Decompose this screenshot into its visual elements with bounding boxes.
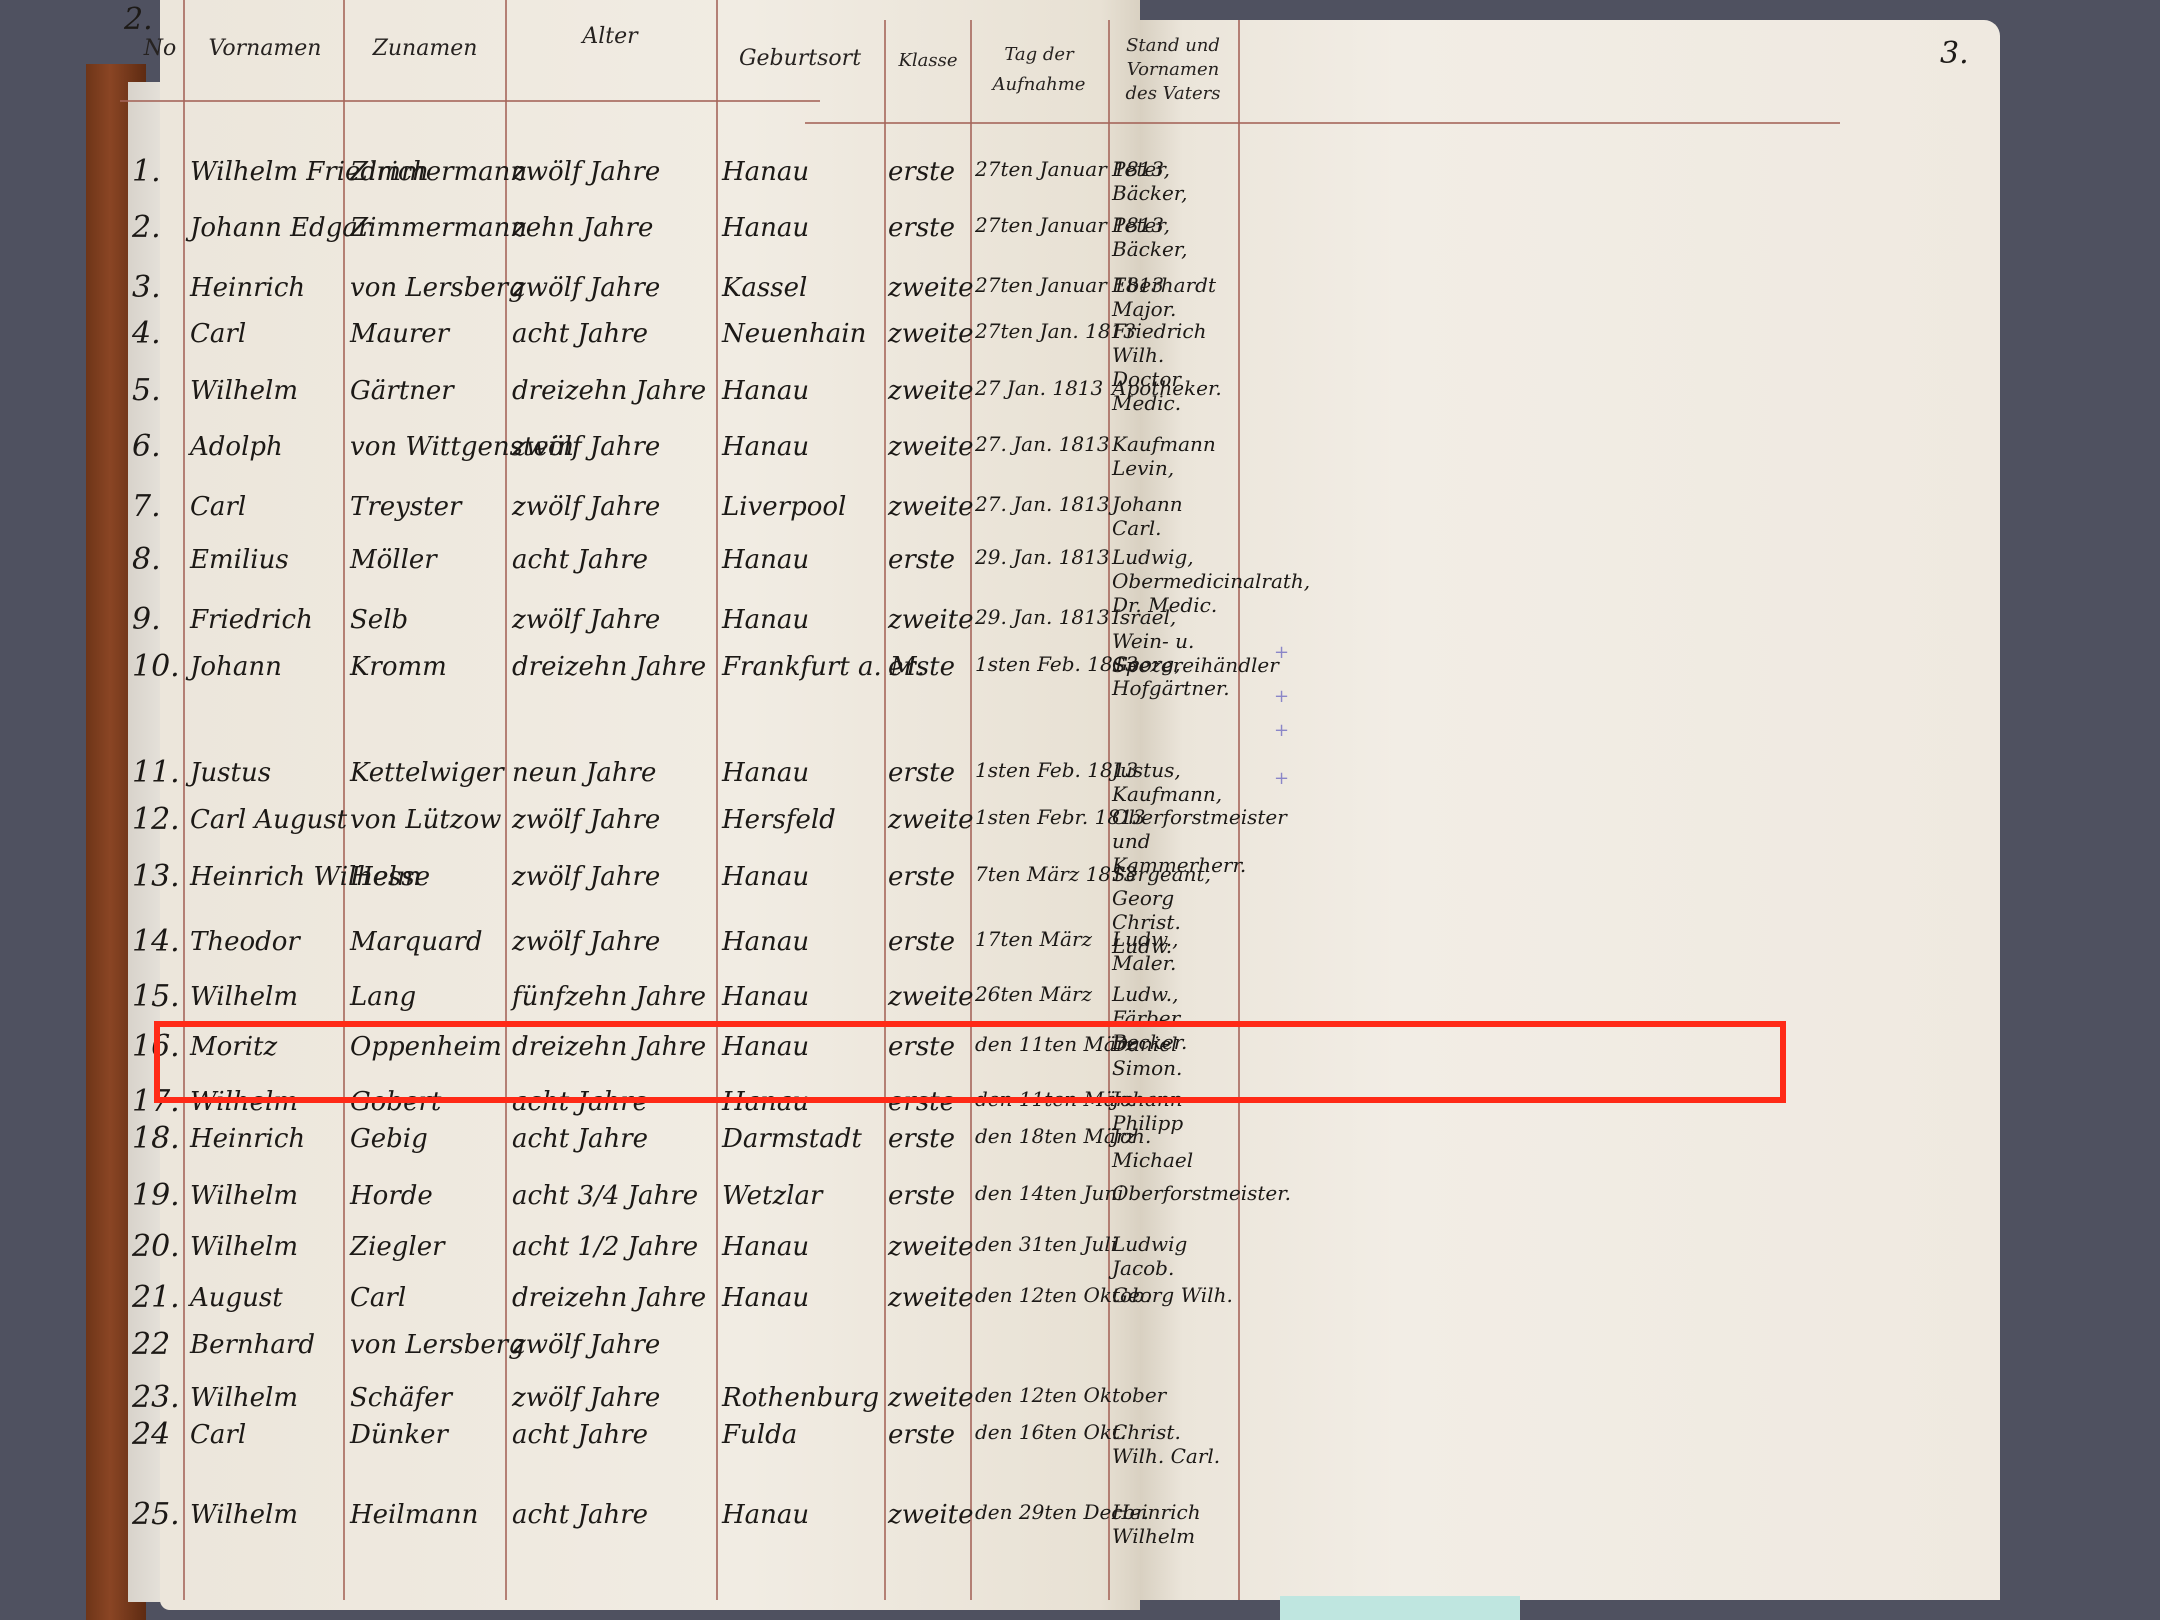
surname: Schäfer [350,1383,452,1413]
first-name: Wilhelm [190,1383,298,1413]
father: Joh. Michael [1112,1124,1236,1172]
header-surname: Zunamen [350,34,500,64]
admission-date: 27. Jan. 1813 [975,432,1110,456]
birthplace: Liverpool [722,492,846,522]
class: erste [888,545,955,575]
birthplace: Wetzlar [722,1181,822,1211]
father: Ludw., Maler. [1112,927,1236,975]
surname: Lang [350,982,416,1012]
row-number: 20. [132,1232,180,1262]
admission-date: 27 Jan. 1813 [975,376,1103,400]
row-number: 8. [132,545,161,575]
class: zweite [888,805,974,835]
margin-mark: + [1274,686,1289,707]
age: acht Jahre [512,545,648,575]
header-rule [120,100,820,102]
margin-mark: + [1274,642,1289,663]
first-name: Bernhard [190,1330,315,1360]
surname: Ziegler [350,1232,445,1262]
father: Georg, Hofgärtner. [1112,652,1236,700]
header-first-name: Vornamen [190,34,340,64]
surname: Zimmermann [350,213,527,243]
class: erste [888,1420,955,1450]
row-number: 10. [132,652,180,682]
surname: Heilmann [350,1500,478,1530]
birthplace: Hanau [722,1232,809,1262]
age: zwölf Jahre [512,157,660,187]
first-name: Heinrich [190,1124,305,1154]
birthplace: Hanau [722,927,809,957]
admission-date: den 12ten Oktober [975,1383,1166,1407]
birthplace: Fulda [722,1420,797,1450]
class: zweite [888,492,974,522]
row-number: 25. [132,1500,180,1530]
first-name: Friedrich [190,605,313,635]
first-name: Johann Edgar [190,213,370,243]
birthplace: Hanau [722,432,809,462]
first-name: Emilius [190,545,289,575]
header-rule [805,122,1840,124]
admission-date: 29. Jan. 1813 [975,605,1110,629]
first-name: Carl [190,1420,246,1450]
margin-mark: + [1274,768,1289,789]
class: erste [888,927,955,957]
father: Johann Carl. [1112,492,1236,540]
surname: Kromm [350,652,447,682]
class: zweite [888,982,974,1012]
father: Christ. Wilh. Carl. [1112,1420,1236,1468]
class: zweite [888,273,974,303]
surname: von Lützow [350,805,501,835]
father: Peter, Bäcker, [1112,157,1236,205]
archive-label-strip [1280,1596,1520,1620]
row-number: 1. [132,157,161,187]
column-divider [716,0,718,1600]
surname: Treyster [350,492,461,522]
row-number: 24 [132,1420,170,1450]
class: zweite [888,319,974,349]
surname: von Lersberg [350,1330,525,1360]
first-name: Johann [190,652,282,682]
first-name: Wilhelm [190,1500,298,1530]
age: acht Jahre [512,1500,648,1530]
age: zwölf Jahre [512,927,660,957]
class: zweite [888,605,974,635]
birthplace: Kassel [722,273,807,303]
age: zwölf Jahre [512,1383,660,1413]
column-divider [884,20,886,1600]
birthplace: Hanau [722,1500,809,1530]
header-father: Stand und Vornamen des Vaters [1110,34,1236,106]
age: acht Jahre [512,1124,648,1154]
row-number: 3. [132,273,161,303]
admission-date: den 16ten Okt. [975,1420,1126,1444]
admission-date: den 14ten Juni [975,1181,1124,1205]
class: zweite [888,1283,974,1313]
row-number: 6. [132,432,161,462]
row-number: 11. [132,758,180,788]
row-number: 21. [132,1283,180,1313]
father: Justus, Kaufmann, [1112,758,1236,806]
first-name: Wilhelm [190,1232,298,1262]
birthplace: Hanau [722,157,809,187]
age: zwölf Jahre [512,492,660,522]
birthplace: Neuenhain [722,319,866,349]
birthplace: Hanau [722,1283,809,1313]
age: acht 3/4 Jahre [512,1181,698,1211]
left-page-number: 2. [124,2,153,37]
surname: Hesse [350,862,430,892]
father: Oberforstmeister. [1112,1181,1236,1205]
age: dreizehn Jahre [512,376,706,406]
row-number: 9. [132,605,161,635]
class: erste [888,1181,955,1211]
age: zwölf Jahre [512,862,660,892]
age: zwölf Jahre [512,432,660,462]
surname: Carl [350,1283,406,1313]
first-name: Wilhelm [190,982,298,1012]
first-name: Adolph [190,432,283,462]
surname: Gebig [350,1124,428,1154]
class: erste [888,213,955,243]
class: zweite [888,376,974,406]
surname: Zimmermann [350,157,527,187]
birthplace: Rothenburg [722,1383,879,1413]
row-16-highlight-box [154,1021,1786,1103]
father: Eberhardt Major. [1112,273,1236,321]
header-admission-date: Tag der Aufnahme [972,40,1106,100]
surname: Dünker [350,1420,448,1450]
header-age: Alter [510,22,710,52]
age: zwölf Jahre [512,1330,660,1360]
row-number: 12. [132,805,180,835]
row-number: 19. [132,1181,180,1211]
age: fünfzehn Jahre [512,982,706,1012]
first-name: Carl August [190,805,347,835]
header-class: Klasse [886,46,970,76]
surname: Selb [350,605,408,635]
birthplace: Hanau [722,758,809,788]
father: Georg Wilh. [1112,1283,1236,1307]
admission-date: den 31ten Juli [975,1232,1117,1256]
row-number: 2. [132,213,161,243]
right-page-number: 3. [1940,36,1969,71]
row-number: 22 [132,1330,170,1360]
age: zwölf Jahre [512,605,660,635]
first-name: Carl [190,492,246,522]
admission-date: 17ten März [975,927,1092,951]
row-number: 15. [132,982,180,1012]
admission-date: 29. Jan. 1813 [975,545,1110,569]
row-number: 5. [132,376,161,406]
class: zweite [888,432,974,462]
birthplace: Darmstadt [722,1124,862,1154]
class: erste [888,652,955,682]
birthplace: Hanau [722,545,809,575]
age: neun Jahre [512,758,656,788]
column-divider [183,0,185,1600]
surname: Maurer [350,319,449,349]
father: Heinrich Wilhelm [1112,1500,1236,1548]
father: Apotheker. [1112,376,1236,400]
surname: Horde [350,1181,433,1211]
birthplace: Hanau [722,213,809,243]
class: erste [888,862,955,892]
age: zwölf Jahre [512,805,660,835]
header-birthplace: Geburtsort [720,44,880,74]
first-name: August [190,1283,283,1313]
age: acht Jahre [512,1420,648,1450]
class: erste [888,758,955,788]
row-number: 18. [132,1124,180,1154]
father: Peter, Bäcker, [1112,213,1236,261]
age: zwölf Jahre [512,273,660,303]
row-number: 4. [132,319,161,349]
surname: Marquard [350,927,483,957]
age: zehn Jahre [512,213,653,243]
class: zweite [888,1500,974,1530]
surname: Kettelwiger [350,758,504,788]
class: zweite [888,1232,974,1262]
birthplace: Hanau [722,862,809,892]
birthplace: Hanau [722,982,809,1012]
age: acht 1/2 Jahre [512,1232,698,1262]
class: erste [888,157,955,187]
row-number: 23. [132,1383,180,1413]
father: Ludwig Jacob. [1112,1232,1236,1280]
class: erste [888,1124,955,1154]
header-no: No [140,34,180,64]
surname: von Lersberg [350,273,525,303]
surname: Gärtner [350,376,454,406]
birthplace: Hersfeld [722,805,836,835]
first-name: Justus [190,758,271,788]
row-number: 13. [132,862,180,892]
admission-date: 27. Jan. 1813 [975,492,1110,516]
first-name: Heinrich [190,273,305,303]
birthplace: Hanau [722,605,809,635]
birthplace: Hanau [722,376,809,406]
first-name: Theodor [190,927,300,957]
surname: Möller [350,545,437,575]
first-name: Carl [190,319,246,349]
admission-date: 26ten März [975,982,1092,1006]
age: acht Jahre [512,319,648,349]
father: Friedrich Wilh. Doctor Medic. [1112,319,1236,415]
margin-mark: + [1274,720,1289,741]
row-number: 14. [132,927,180,957]
class: zweite [888,1383,974,1413]
first-name: Wilhelm [190,1181,298,1211]
row-number: 7. [132,492,161,522]
first-name: Wilhelm [190,376,298,406]
father: Kaufmann Levin, [1112,432,1236,480]
age: dreizehn Jahre [512,1283,706,1313]
age: dreizehn Jahre [512,652,706,682]
